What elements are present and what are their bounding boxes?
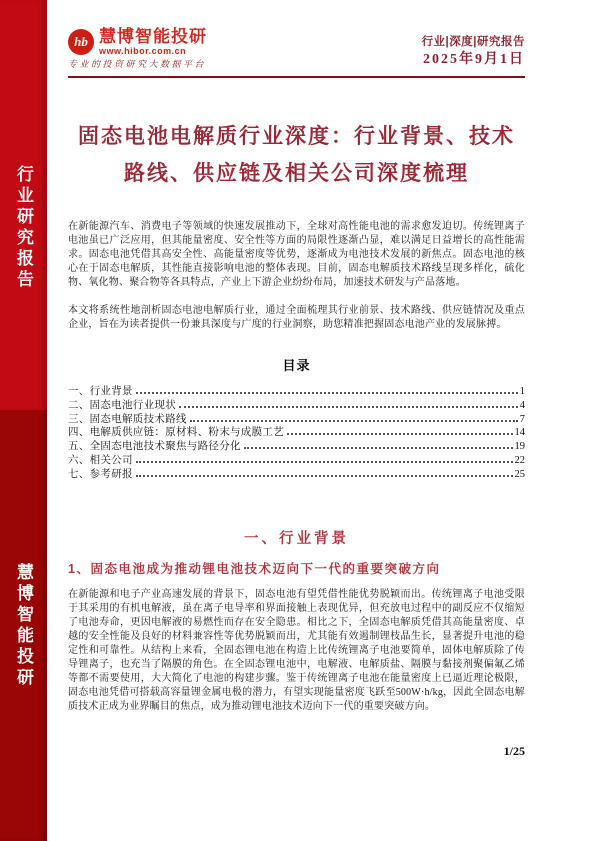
toc-heading: 目录: [68, 358, 525, 374]
content-column: hb 慧博智能投研 www.hibor.com.cn 专业的投资研究大数据平台 …: [68, 0, 525, 714]
toc-item-label: 三、固态电解质技术路线: [68, 411, 187, 426]
intro-paragraph-1: 在新能源汽车、消费电子等领域的快速发展推动下，全球对高性能电池的需求愈发迫切。传…: [68, 220, 525, 290]
toc-item[interactable]: 四、电解质供应链：原材料、粉末与成膜工艺 14: [68, 424, 525, 438]
toc-list: 一、行业背景 1 二、固态电池行业现状 4 三、固态电解质技术路线 7 四、电解…: [68, 383, 525, 480]
toc-leader-dots: [179, 406, 518, 408]
subsection-heading: 1、固态电池成为推动锂电池技术迈向下一代的重要突破方向: [68, 561, 525, 578]
website-link[interactable]: www.hibor.com.cn: [99, 46, 207, 56]
toc-item[interactable]: 一、行业背景 1: [68, 383, 525, 397]
left-sidebar: 行业研究报告 慧博智能投研: [0, 0, 47, 841]
section-body-paragraph: 在新能源和电子产业高速发展的背景下，固态电池有望凭借性能优势脱颖而出。传统锂离子…: [68, 588, 525, 714]
toc-item[interactable]: 五、全固态电池技术聚焦与路径分化 19: [68, 438, 525, 452]
toc-item-page: 14: [515, 427, 526, 438]
toc-item-label: 五、全固态电池技术聚焦与路径分化: [68, 438, 241, 453]
toc-leader-dots: [190, 420, 518, 422]
toc-item-page: 4: [520, 400, 525, 411]
toc-item[interactable]: 二、固态电池行业现状 4: [68, 397, 525, 411]
logo-text: 慧博智能投研 www.hibor.com.cn: [99, 28, 207, 56]
report-page: 行业研究报告 慧博智能投研 hb 慧博智能投研 www.hibor.com.cn…: [0, 0, 595, 841]
toc-item[interactable]: 三、固态电解质技术路线 7: [68, 411, 525, 425]
toc-item-label: 一、行业背景: [68, 383, 133, 398]
toc-item-label: 四、电解质供应链：原材料、粉末与成膜工艺: [68, 424, 284, 439]
report-title: 固态电池电解质行业深度：行业背景、技术路线、供应链及相关公司深度梳理: [68, 118, 525, 192]
page-header: hb 慧博智能投研 www.hibor.com.cn 专业的投资研究大数据平台 …: [68, 0, 525, 78]
toc-item[interactable]: 六、相关公司 22: [68, 452, 525, 466]
header-right: 行业|深度|研究报告 2025年9月1日: [422, 35, 525, 70]
toc-item-label: 二、固态电池行业现状: [68, 397, 176, 412]
toc-item-page: 22: [515, 455, 526, 466]
logo-row: hb 慧博智能投研 www.hibor.com.cn: [68, 28, 207, 56]
brand-tagline: 专业的投资研究大数据平台: [68, 59, 207, 70]
hibor-logo-block: hb 慧博智能投研 www.hibor.com.cn 专业的投资研究大数据平台: [68, 28, 207, 70]
section-heading: 一、行业背景: [68, 530, 525, 548]
toc-leader-dots: [287, 433, 513, 435]
brand-name: 慧博智能投研: [99, 28, 207, 46]
page-number: 1/25: [504, 744, 525, 759]
toc-item-page: 25: [515, 469, 526, 480]
report-date: 2025年9月1日: [422, 52, 525, 68]
toc-item[interactable]: 七、参考研报 25: [68, 466, 525, 480]
toc-item-label: 七、参考研报: [68, 466, 133, 481]
toc-item-page: 1: [520, 386, 525, 397]
sidebar-vertical-label-report-type: 行业研究报告: [11, 165, 36, 291]
hibor-logo-icon: hb: [68, 29, 94, 55]
toc-leader-dots: [136, 461, 513, 463]
toc-leader-dots: [136, 392, 518, 394]
toc-item-label: 六、相关公司: [68, 452, 133, 467]
sidebar-vertical-label-brand: 慧博智能投研: [11, 563, 36, 689]
toc-leader-dots: [136, 475, 513, 477]
intro-paragraph-2: 本文将系统性地剖析固态电池电解质行业，通过全面梳理其行业前景、技术路线、供应链情…: [68, 304, 525, 332]
toc-leader-dots: [244, 447, 513, 449]
toc-item-page: 7: [520, 414, 525, 425]
report-category-label: 行业|深度|研究报告: [422, 35, 525, 49]
toc-item-page: 19: [515, 441, 526, 452]
